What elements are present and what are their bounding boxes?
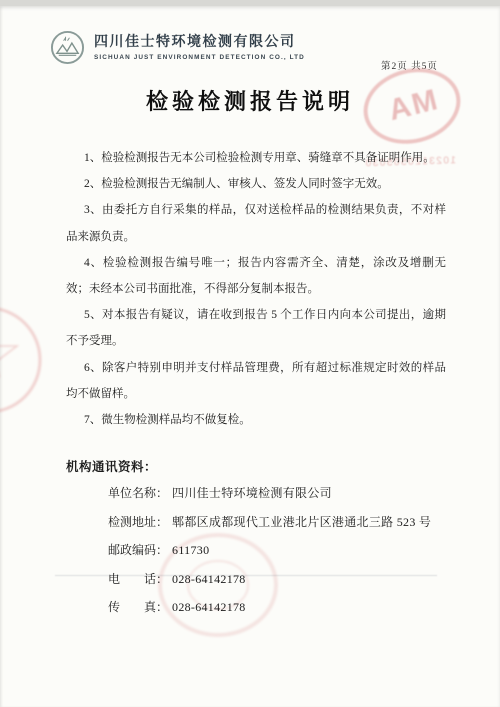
contact-label: 检测地址： xyxy=(108,514,168,531)
note-item-1: 1、检验检测报告无本公司检验检测专用章、骑缝章不具备证明作用。 xyxy=(66,145,446,171)
note-item-2: 2、检验检测报告无编制人、审核人、签发人同时签字无效。 xyxy=(66,171,446,197)
seam-seal-icon xyxy=(0,298,50,422)
contact-value: 611730 xyxy=(168,542,209,559)
note-item-3: 3、由委托方自行采集的样品，仅对送检样品的检测结果负责，不对样品来源负责。 xyxy=(66,197,446,249)
notes-list: 1、检验检测报告无本公司检验检测专用章、骑缝章不具备证明作用。 2、检验检测报告… xyxy=(66,145,446,433)
note-item-5: 5、对本报告有疑议，请在收到报告 5 个工作日内向本公司提出，逾期不予受理。 xyxy=(66,302,446,354)
note-item-6: 6、除客户特别申明并支付样品管理费，所有超过标准规定时效的样品均不做留样。 xyxy=(66,355,446,407)
contact-row-postcode: 邮政编码： 611730 xyxy=(108,542,431,571)
contact-label: 传 真： xyxy=(108,599,168,616)
contact-label: 电 话： xyxy=(108,571,168,588)
contact-value: 郫都区成都现代工业港北片区港通北三路 523 号 xyxy=(168,514,431,531)
contact-value: 028-64142178 xyxy=(168,599,246,616)
contact-label: 邮政编码： xyxy=(108,542,168,559)
company-names: 四川佳士特环境检测有限公司 SICHUAN JUST ENVIRONMENT D… xyxy=(94,34,305,61)
document-page: 四川佳士特环境检测有限公司 SICHUAN JUST ENVIRONMENT D… xyxy=(0,6,500,707)
contact-row-address: 检测地址： 郫都区成都现代工业港北片区港通北三路 523 号 xyxy=(108,514,431,543)
company-name-zh: 四川佳士特环境检测有限公司 xyxy=(94,34,305,52)
contact-row-company: 单位名称： 四川佳士特环境检测有限公司 xyxy=(108,485,431,514)
note-item-4: 4、检验检测报告编号唯一；报告内容需齐全、清楚，涂改及增删无效；未经本公司书面批… xyxy=(66,250,446,302)
note-item-7: 7、微生物检测样品均不做复检。 xyxy=(66,407,446,433)
contact-value: 四川佳士特环境检测有限公司 xyxy=(168,485,332,502)
contact-rows: 单位名称： 四川佳士特环境检测有限公司 检测地址： 郫都区成都现代工业港北片区港… xyxy=(108,485,431,628)
company-name-en: SICHUAN JUST ENVIRONMENT DETECTION CO., … xyxy=(94,54,305,61)
contact-row-phone: 电 话： 028-64142178 xyxy=(108,571,431,600)
contact-label: 单位名称： xyxy=(108,485,168,502)
letterhead: 四川佳士特环境检测有限公司 SICHUAN JUST ENVIRONMENT D… xyxy=(50,30,305,65)
contact-value: 028-64142178 xyxy=(168,571,246,588)
company-logo-icon xyxy=(50,30,85,65)
contact-row-fax: 传 真： 028-64142178 xyxy=(108,599,431,628)
contact-section-heading: 机构通讯资料： xyxy=(66,457,157,475)
page-title: 检验检测报告说明 xyxy=(0,85,500,116)
